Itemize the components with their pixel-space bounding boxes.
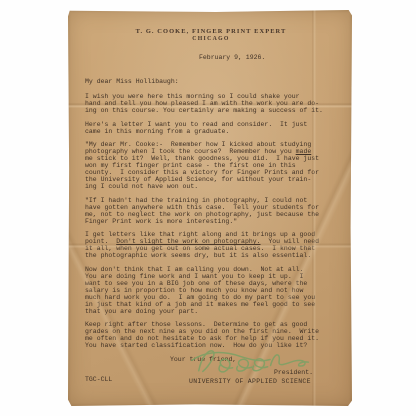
letter-date: February 9, 1926.: [85, 54, 337, 61]
letterhead-city: CHICAGO: [85, 36, 337, 43]
letterhead-name: T. G. COOKE, FINGER PRINT EXPERT: [85, 28, 337, 35]
reference-initials: TGC-CLL: [85, 376, 112, 383]
scan-background: T. G. COOKE, FINGER PRINT EXPERT CHICAGO…: [0, 0, 416, 416]
signer-title: President.: [274, 369, 313, 376]
paragraph-1: I wish you were here this morning so I c…: [85, 93, 337, 114]
letter-body: I wish you were here this morning so I c…: [85, 93, 337, 349]
paragraph-5: I get letters like that right along and …: [85, 231, 337, 259]
paragraph-2: Here's a letter I want you to read and c…: [85, 121, 337, 135]
paragraph-6: Now don't think that I am calling you do…: [85, 266, 337, 315]
organization-name: UNIVERSITY OF APPLIED SCIENCE: [189, 378, 311, 385]
letterhead: T. G. COOKE, FINGER PRINT EXPERT CHICAGO: [85, 28, 337, 43]
paragraph-3: "My dear Mr. Cooke:- Remember how I kick…: [85, 141, 337, 190]
paragraph-4: "If I hadn't had the training in photogr…: [85, 197, 337, 225]
letter-page: T. G. COOKE, FINGER PRINT EXPERT CHICAGO…: [68, 10, 352, 406]
salutation: My dear Miss Hollibaugh:: [85, 78, 337, 85]
